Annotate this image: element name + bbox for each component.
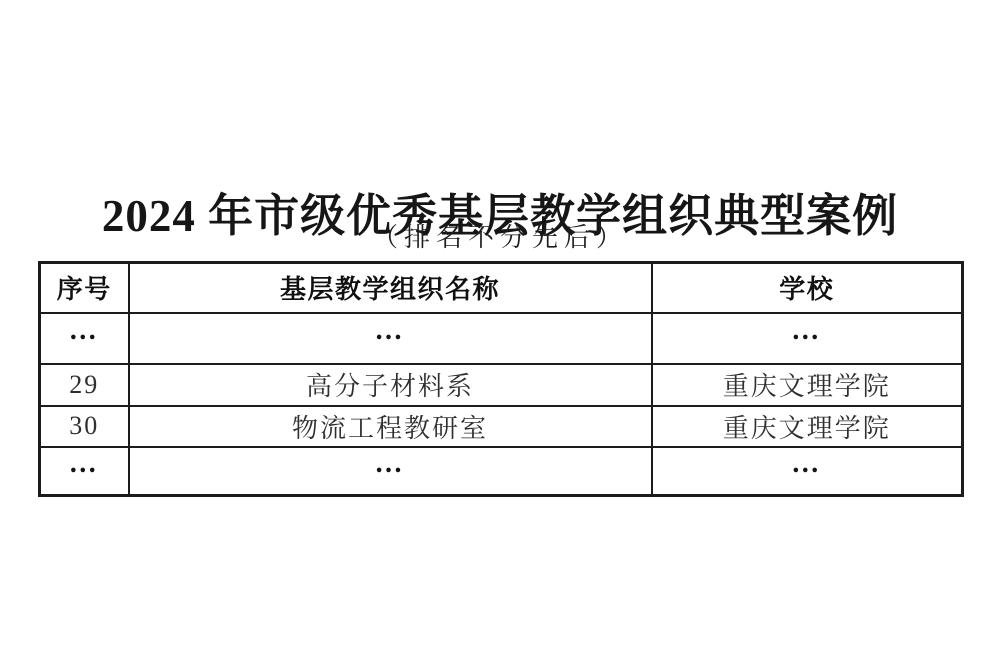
column-header-index: 序号 xyxy=(40,263,129,313)
cell-school: 重庆文理学院 xyxy=(652,364,963,406)
table-row: … … … xyxy=(40,313,963,364)
table-row: … … … xyxy=(40,447,963,496)
table-row: 30 物流工程教研室 重庆文理学院 xyxy=(40,406,963,447)
table-header-row: 序号 基层教学组织名称 学校 xyxy=(40,263,963,313)
cases-table: 序号 基层教学组织名称 学校 … … … 29 高分子材料系 重庆文理学院 30… xyxy=(38,261,964,497)
table-row: 29 高分子材料系 重庆文理学院 xyxy=(40,364,963,406)
cell-index: … xyxy=(40,313,129,364)
cell-school: … xyxy=(652,313,963,364)
cell-organization: … xyxy=(129,313,652,364)
cell-organization: 高分子材料系 xyxy=(129,364,652,406)
cell-organization: … xyxy=(129,447,652,496)
column-header-school: 学校 xyxy=(652,263,963,313)
cell-school: … xyxy=(652,447,963,496)
cell-organization: 物流工程教研室 xyxy=(129,406,652,447)
cell-index: … xyxy=(40,447,129,496)
page-subtitle: （排名不分先后） xyxy=(0,222,1000,254)
cell-index: 30 xyxy=(40,406,129,447)
cell-index: 29 xyxy=(40,364,129,406)
document-page: 2024 年市级优秀基层教学组织典型案例 （排名不分先后） 序号 基层教学组织名… xyxy=(0,0,1000,667)
column-header-organization: 基层教学组织名称 xyxy=(129,263,652,313)
cell-school: 重庆文理学院 xyxy=(652,406,963,447)
